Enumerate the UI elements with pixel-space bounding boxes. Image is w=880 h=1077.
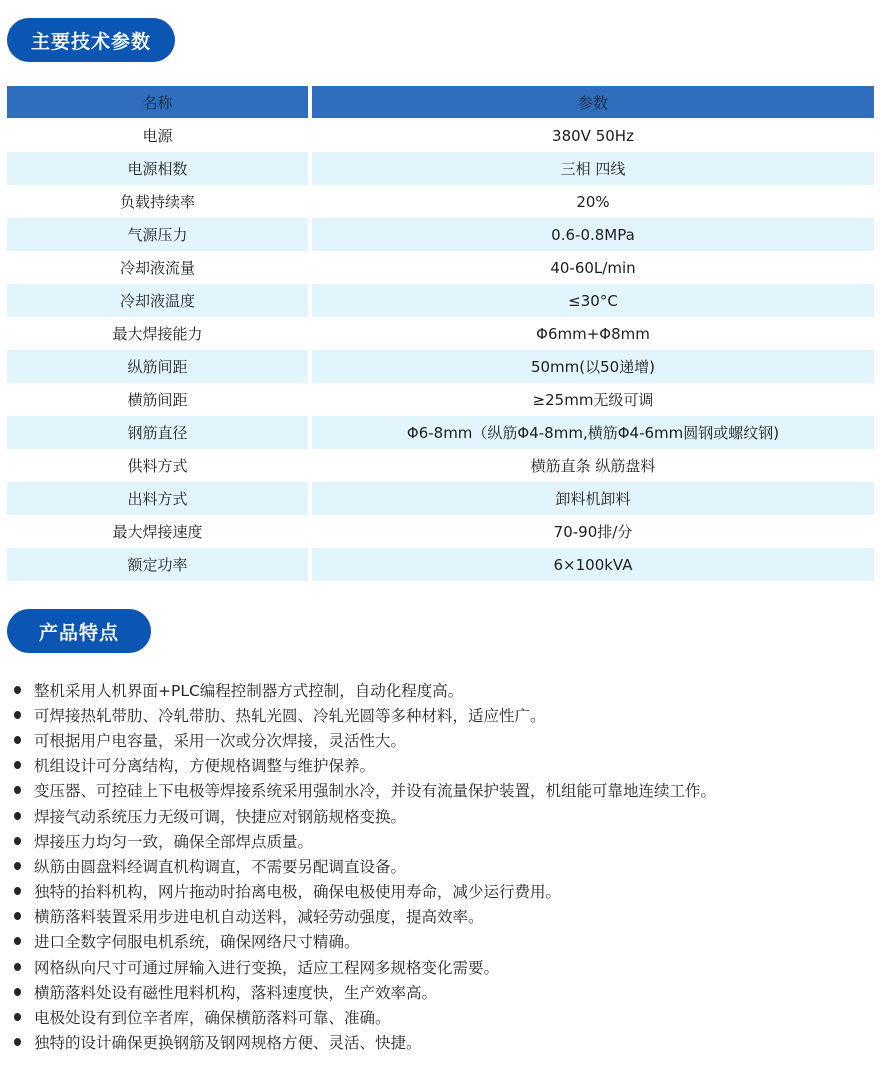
feature-text: 独特的抬料机构，网片拖动时抬离电极，确保电极使用寿命，减少运行费用。 — [34, 880, 561, 902]
feature-text: 网格纵向尺寸可通过屏输入进行变换，适应工程网多规格变化需要。 — [34, 956, 499, 978]
param-value: Φ6mm+Φ8mm — [312, 317, 874, 350]
feature-text: 横筋落料装置采用步进电机自动送料，减轻劳动强度，提高效率。 — [34, 905, 484, 927]
spec-table: 名称 参数 电源 380V 50Hz 电源相数 三相 四线 负载持续率 20% … — [7, 86, 874, 581]
param-name: 冷却液温度 — [7, 284, 308, 317]
bullet-icon — [14, 837, 21, 845]
table-header-row: 名称 参数 — [7, 86, 874, 119]
bullet-icon — [14, 786, 21, 794]
feature-text: 进口全数字伺服电机系统，确保网络尺寸精确。 — [34, 930, 360, 952]
column-header-name: 名称 — [7, 86, 308, 118]
param-name: 出料方式 — [7, 482, 308, 515]
feature-text: 电极处设有到位辛者库，确保横筋落料可靠、准确。 — [34, 1006, 391, 1028]
table-row: 负载持续率 20% — [7, 185, 874, 218]
param-value: 卸料机卸料 — [312, 482, 874, 515]
section-title-specs: 主要技术参数 — [7, 18, 175, 62]
param-name: 钢筋直径 — [7, 416, 308, 449]
list-item: 焊接压力均匀一致，确保全部焊点质量。 — [0, 828, 716, 853]
table-row: 供料方式 横筋直条 纵筋盘料 — [7, 449, 874, 482]
list-item: 独特的设计确保更换钢筋及钢网规格方便、灵活、快捷。 — [0, 1030, 716, 1055]
param-value: 三相 四线 — [312, 152, 874, 185]
feature-list: 整机采用人机界面+PLC编程控制器方式控制，自动化程度高。 可焊接热轧带肋、冷轧… — [0, 677, 716, 1055]
feature-text: 纵筋由圆盘料经调直机构调直，不需要另配调直设备。 — [34, 855, 406, 877]
feature-text: 可根据用户电容量，采用一次或分次焊接，灵活性大。 — [34, 729, 406, 751]
list-item: 横筋落料装置采用步进电机自动送料，减轻劳动强度，提高效率。 — [0, 904, 716, 929]
param-name: 冷却液流量 — [7, 251, 308, 284]
list-item: 电极处设有到位辛者库，确保横筋落料可靠、准确。 — [0, 1004, 716, 1029]
list-item: 网格纵向尺寸可通过屏输入进行变换，适应工程网多规格变化需要。 — [0, 954, 716, 979]
param-name: 负载持续率 — [7, 185, 308, 218]
param-name: 最大焊接能力 — [7, 317, 308, 350]
param-value: Φ6-8mm（纵筋Φ4-8mm,横筋Φ4-6mm圆钢或螺纹钢) — [312, 416, 874, 449]
bullet-icon — [14, 912, 21, 920]
table-row: 气源压力 0.6-0.8MPa — [7, 218, 874, 251]
section-title-features: 产品特点 — [7, 609, 151, 653]
param-name: 额定功率 — [7, 548, 308, 581]
table-row: 冷却液温度 ≤30°C — [7, 284, 874, 317]
bullet-icon — [14, 686, 21, 694]
list-item: 变压器、可控硅上下电极等焊接系统采用强制水冷，并设有流量保护装置，机组能可靠地连… — [0, 778, 716, 803]
bullet-icon — [14, 761, 21, 769]
param-name: 电源 — [7, 119, 308, 152]
feature-text: 整机采用人机界面+PLC编程控制器方式控制，自动化程度高。 — [34, 679, 463, 701]
list-item: 焊接气动系统压力无级可调，快捷应对钢筋规格变换。 — [0, 803, 716, 828]
param-value: 380V 50Hz — [312, 119, 874, 152]
feature-text: 机组设计可分离结构，方便规格调整与维护保养。 — [34, 754, 375, 776]
feature-text: 焊接气动系统压力无级可调，快捷应对钢筋规格变换。 — [34, 805, 406, 827]
feature-text: 独特的设计确保更换钢筋及钢网规格方便、灵活、快捷。 — [34, 1031, 422, 1053]
param-value: 50mm(以50递增) — [312, 350, 874, 383]
column-header-value: 参数 — [312, 86, 874, 118]
list-item: 可根据用户电容量，采用一次或分次焊接，灵活性大。 — [0, 727, 716, 752]
param-value: 70-90排/分 — [312, 515, 874, 548]
table-row: 最大焊接能力 Φ6mm+Φ8mm — [7, 317, 874, 350]
bullet-icon — [14, 937, 21, 945]
param-name: 电源相数 — [7, 152, 308, 185]
table-row: 最大焊接速度 70-90排/分 — [7, 515, 874, 548]
bullet-icon — [14, 1038, 21, 1046]
param-value: 0.6-0.8MPa — [312, 218, 874, 251]
param-value: 20% — [312, 185, 874, 218]
table-row: 横筋间距 ≥25mm无级可调 — [7, 383, 874, 416]
bullet-icon — [14, 736, 21, 744]
feature-text: 焊接压力均匀一致，确保全部焊点质量。 — [34, 830, 313, 852]
bullet-icon — [14, 812, 21, 820]
param-value: 横筋直条 纵筋盘料 — [312, 449, 874, 482]
feature-text: 可焊接热轧带肋、冷轧带肋、热轧光圆、冷轧光圆等多种材料，适应性广。 — [34, 704, 546, 726]
param-value: 40-60L/min — [312, 251, 874, 284]
list-item: 横筋落料处设有磁性甩料机构，落料速度快，生产效率高。 — [0, 979, 716, 1004]
bullet-icon — [14, 887, 21, 895]
bullet-icon — [14, 711, 21, 719]
table-row: 纵筋间距 50mm(以50递增) — [7, 350, 874, 383]
list-item: 独特的抬料机构，网片拖动时抬离电极，确保电极使用寿命，减少运行费用。 — [0, 879, 716, 904]
bullet-icon — [14, 963, 21, 971]
bullet-icon — [14, 988, 21, 996]
param-name: 纵筋间距 — [7, 350, 308, 383]
bullet-icon — [14, 1013, 21, 1021]
param-name: 横筋间距 — [7, 383, 308, 416]
param-name: 最大焊接速度 — [7, 515, 308, 548]
table-row: 钢筋直径 Φ6-8mm（纵筋Φ4-8mm,横筋Φ4-6mm圆钢或螺纹钢) — [7, 416, 874, 449]
param-name: 气源压力 — [7, 218, 308, 251]
list-item: 整机采用人机界面+PLC编程控制器方式控制，自动化程度高。 — [0, 677, 716, 702]
list-item: 纵筋由圆盘料经调直机构调直，不需要另配调直设备。 — [0, 853, 716, 878]
table-row: 电源相数 三相 四线 — [7, 152, 874, 185]
feature-text: 横筋落料处设有磁性甩料机构，落料速度快，生产效率高。 — [34, 981, 437, 1003]
list-item: 可焊接热轧带肋、冷轧带肋、热轧光圆、冷轧光圆等多种材料，适应性广。 — [0, 702, 716, 727]
param-name: 供料方式 — [7, 449, 308, 482]
list-item: 机组设计可分离结构，方便规格调整与维护保养。 — [0, 753, 716, 778]
param-value: ≤30°C — [312, 284, 874, 317]
list-item: 进口全数字伺服电机系统，确保网络尺寸精确。 — [0, 929, 716, 954]
param-value: 6×100kVA — [312, 548, 874, 581]
feature-text: 变压器、可控硅上下电极等焊接系统采用强制水冷，并设有流量保护装置，机组能可靠地连… — [34, 779, 716, 801]
table-row: 电源 380V 50Hz — [7, 119, 874, 152]
bullet-icon — [14, 862, 21, 870]
table-row: 冷却液流量 40-60L/min — [7, 251, 874, 284]
table-row: 出料方式 卸料机卸料 — [7, 482, 874, 515]
param-value: ≥25mm无级可调 — [312, 383, 874, 416]
table-row: 额定功率 6×100kVA — [7, 548, 874, 581]
